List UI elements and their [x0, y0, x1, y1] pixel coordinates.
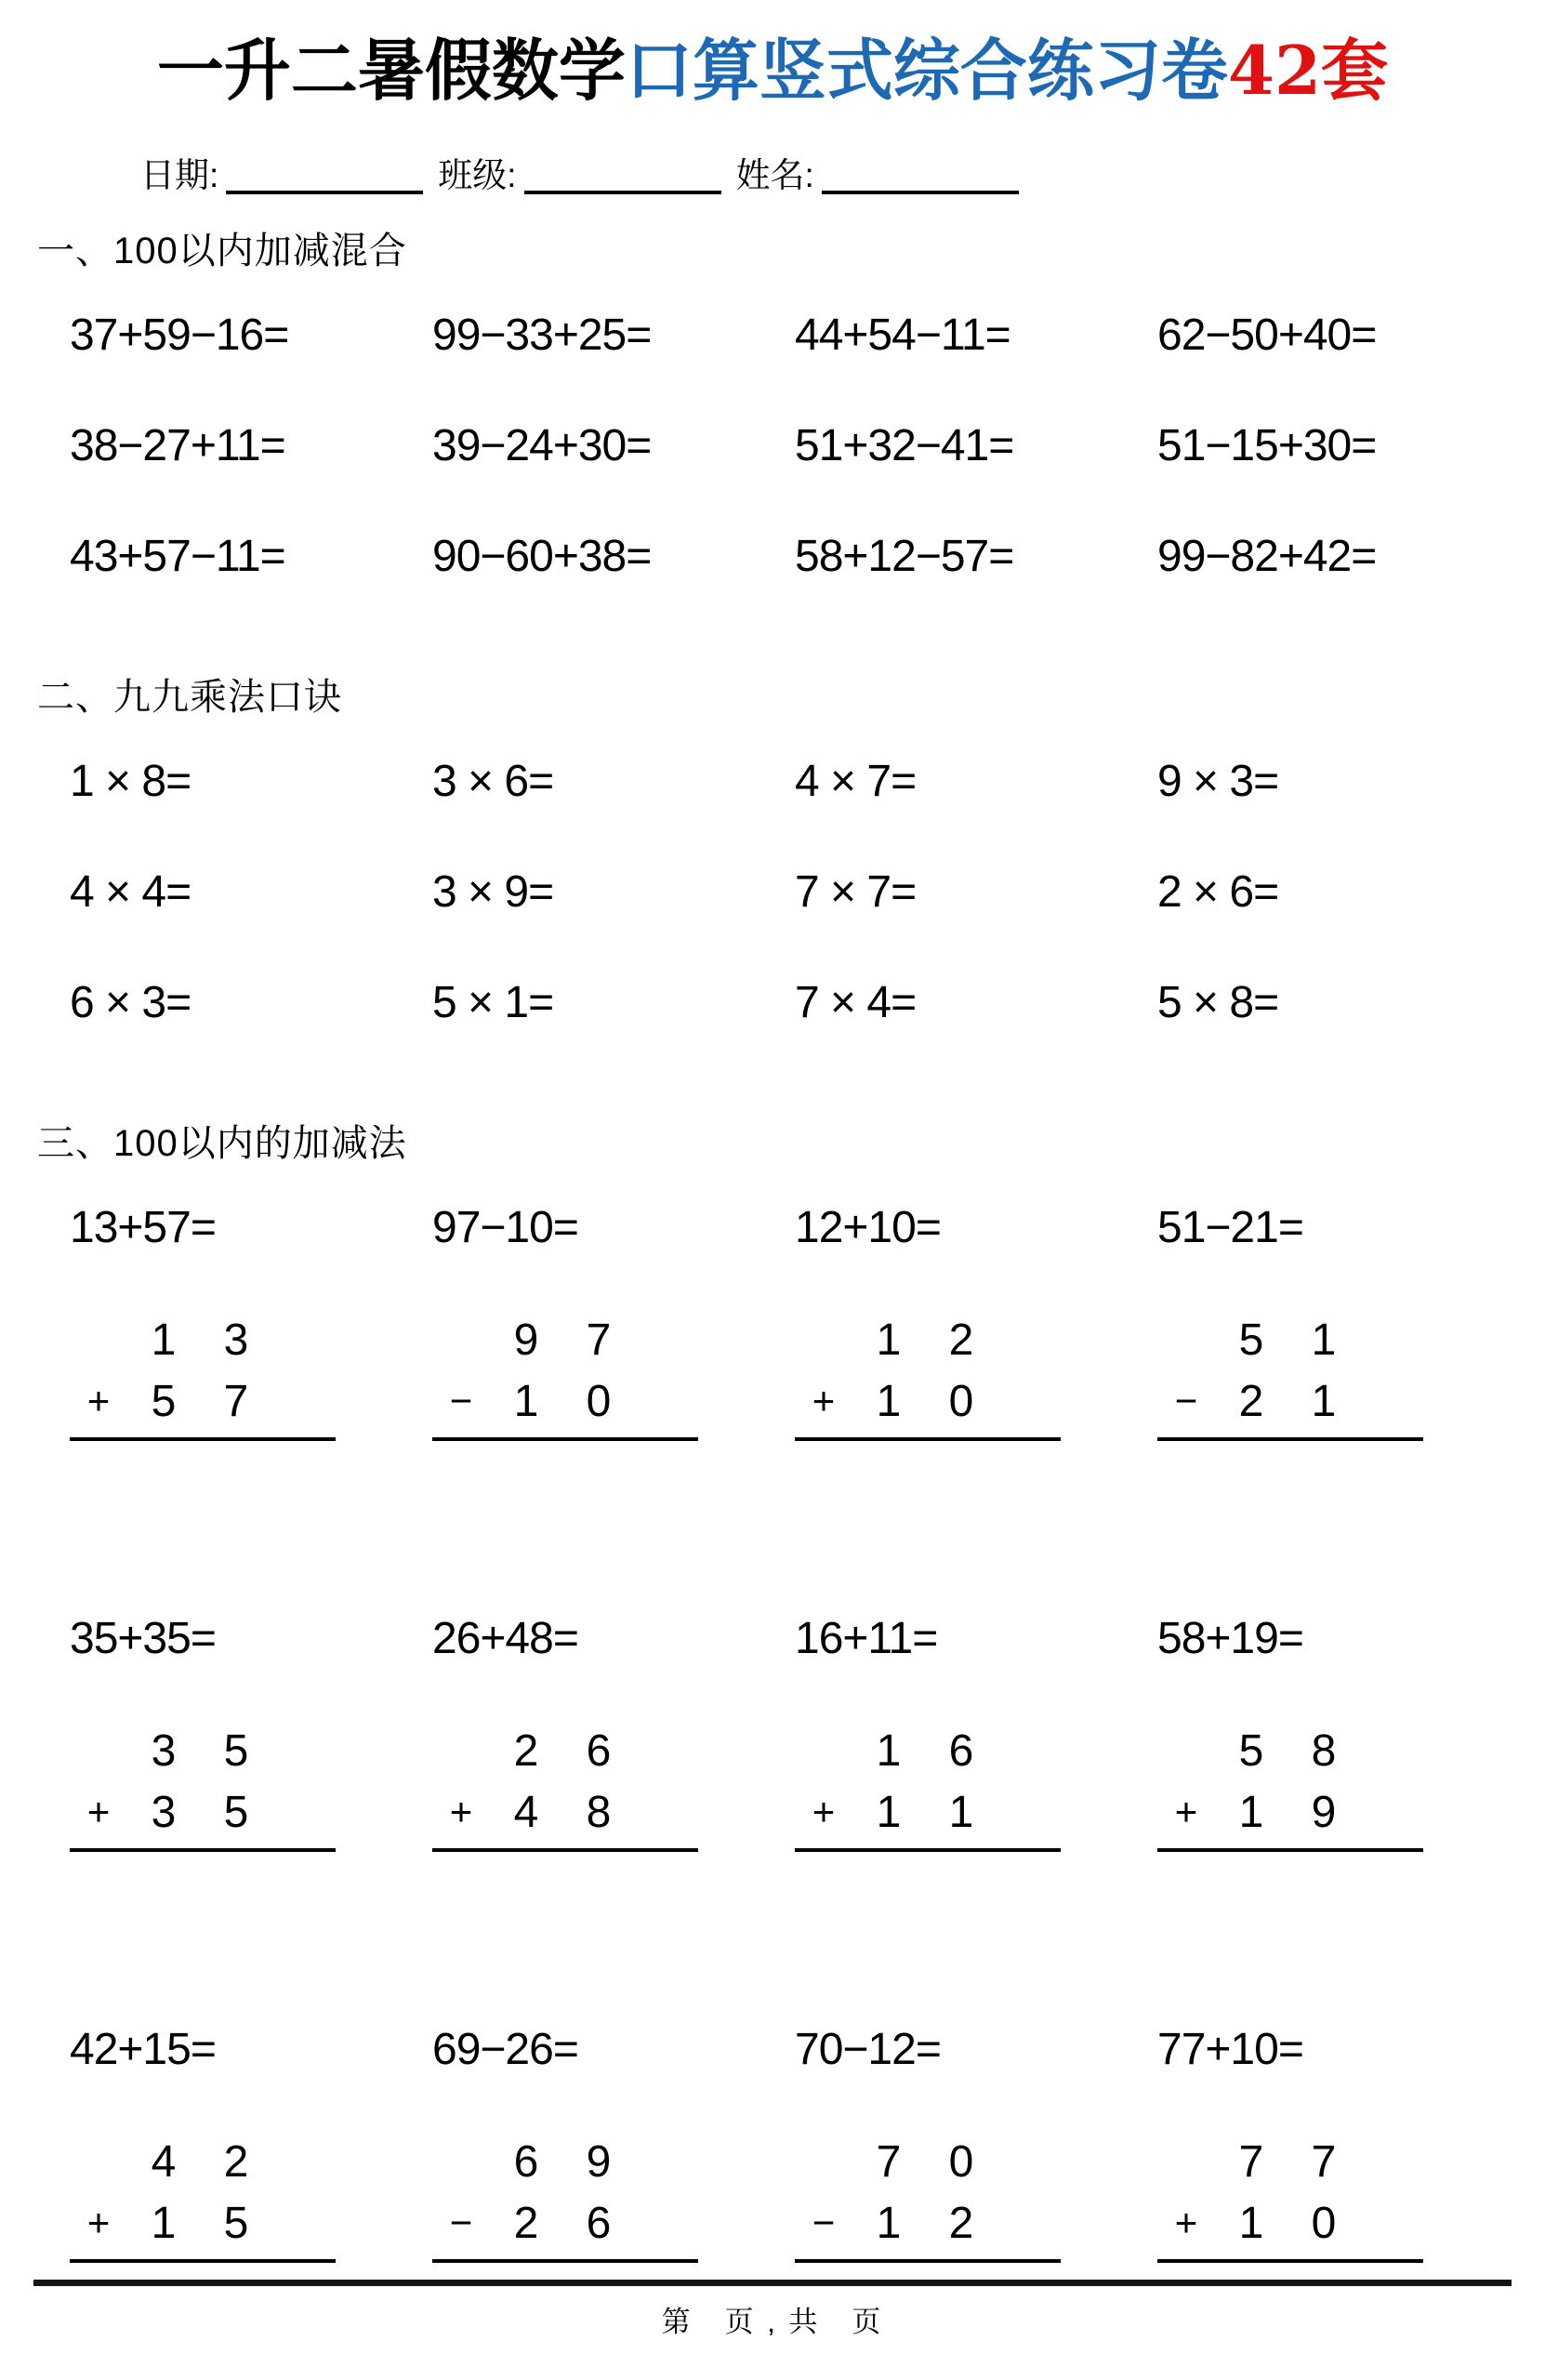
vertical-top-number: 51 — [1157, 1302, 1423, 1363]
vertical-problem: 77+10 — [1157, 2123, 1423, 2263]
operator-sign: − — [795, 2201, 852, 2245]
math-problem: 7 × 7= — [795, 866, 1157, 918]
vertical-top-number: 70 — [795, 2123, 1061, 2185]
vertical-bottom-number: −26 — [432, 2185, 698, 2246]
digit: 1 — [852, 2201, 925, 2246]
math-problem: 3 × 9= — [432, 866, 795, 918]
vertical-problem: 16+11 — [795, 1712, 1061, 1852]
problem-row: 1 × 8=3 × 6=4 × 7=9 × 3= — [0, 756, 1545, 807]
title-part-blue: 口算竖式综合练习卷 — [626, 31, 1228, 110]
digit: 2 — [490, 1729, 562, 1774]
digit: 0 — [1287, 2201, 1360, 2246]
vertical-top-number: 77 — [1157, 2123, 1423, 2185]
problem-row: 13+57=97−10=12+10=51−21= — [0, 1202, 1545, 1253]
vertical-problem: 42+15 — [70, 2123, 336, 2263]
math-problem: 4 × 4= — [70, 866, 432, 918]
math-problem: 69−26= — [432, 2024, 795, 2075]
math-problem: 13+57= — [70, 1202, 432, 1253]
answer-line — [795, 2259, 1061, 2263]
title-part-red: 42套 — [1228, 31, 1388, 110]
operator-sign: + — [70, 1790, 127, 1834]
math-problem: 51−15+30= — [1157, 420, 1520, 471]
digit: 8 — [562, 1791, 635, 1835]
math-problem: 99−82+42= — [1157, 531, 1520, 582]
digit: 9 — [562, 2140, 635, 2185]
vertical-bottom-number: +35 — [70, 1774, 336, 1835]
digit: 7 — [200, 1380, 272, 1424]
operator-sign: + — [70, 1379, 127, 1423]
vertical-bottom-number: −12 — [795, 2185, 1061, 2246]
footer-page-number: 第 页 , 共 页 — [0, 2298, 1545, 2340]
math-problem: 44+54−11= — [795, 310, 1157, 361]
answer-line — [70, 1848, 336, 1852]
vertical-top-number: 12 — [795, 1302, 1061, 1363]
digit: 6 — [562, 1729, 635, 1774]
digit: 1 — [852, 1729, 925, 1774]
math-problem: 70−12= — [795, 2024, 1157, 2075]
digit: 5 — [1215, 1729, 1287, 1774]
section-heading: 三、100以内的加减法 — [37, 1114, 1545, 1167]
vertical-top-number: 16 — [795, 1712, 1061, 1774]
math-problem: 9 × 3= — [1157, 756, 1520, 807]
digit: 1 — [1215, 1791, 1287, 1835]
digit: 3 — [200, 1318, 272, 1363]
digit: 2 — [1215, 1380, 1287, 1424]
digit: 0 — [562, 1380, 635, 1424]
digit: 2 — [200, 2140, 272, 2185]
math-problem: 62−50+40= — [1157, 310, 1520, 361]
vertical-problem: 97−10 — [432, 1302, 698, 1441]
digit: 8 — [1287, 1729, 1360, 1774]
math-problem: 2 × 6= — [1157, 866, 1520, 918]
section-heading: 二、九九乘法口诀 — [37, 668, 1545, 721]
digit: 5 — [1215, 1318, 1287, 1363]
class-blank-line — [524, 153, 721, 194]
math-problem: 5 × 1= — [432, 977, 795, 1028]
operator-sign: + — [795, 1790, 852, 1834]
math-problem: 38−27+11= — [70, 420, 432, 471]
operator-sign: + — [1157, 2201, 1215, 2245]
answer-line — [795, 1437, 1061, 1441]
worksheet-body: 一、100以内加减混合37+59−16=99−33+25=44+54−11=62… — [0, 221, 1545, 2263]
digit: 2 — [925, 2201, 997, 2246]
digit: 1 — [852, 1791, 925, 1835]
digit: 6 — [925, 1729, 997, 1774]
vertical-top-number: 58 — [1157, 1712, 1423, 1774]
operator-sign: − — [432, 1379, 490, 1423]
vertical-top-number: 42 — [70, 2123, 336, 2185]
math-problem: 5 × 8= — [1157, 977, 1520, 1028]
answer-line — [1157, 2259, 1423, 2263]
digit: 6 — [562, 2201, 635, 2246]
math-problem: 37+59−16= — [70, 310, 432, 361]
answer-line — [1157, 1848, 1423, 1852]
vertical-top-number: 97 — [432, 1302, 698, 1363]
operator-sign: + — [1157, 1790, 1215, 1834]
info-line: 日期:班级:姓名: — [135, 147, 1545, 197]
math-problem: 4 × 7= — [795, 756, 1157, 807]
answer-line — [432, 2259, 698, 2263]
class-label: 班级: — [438, 156, 516, 194]
problem-row: 42+15=69−26=70−12=77+10= — [0, 2024, 1545, 2075]
operator-sign: + — [432, 1790, 490, 1834]
problem-row: 37+59−16=99−33+25=44+54−11=62−50+40= — [0, 310, 1545, 361]
math-problem: 26+48= — [432, 1613, 795, 1664]
vertical-bottom-number: −21 — [1157, 1363, 1423, 1424]
math-problem: 7 × 4= — [795, 977, 1157, 1028]
digit: 5 — [127, 1380, 200, 1424]
digit: 1 — [1287, 1380, 1360, 1424]
problem-row: 43+57−11=90−60+38=58+12−57=99−82+42= — [0, 531, 1545, 582]
digit: 9 — [1287, 1791, 1360, 1835]
digit: 7 — [562, 1318, 635, 1363]
math-problem: 99−33+25= — [432, 310, 795, 361]
vertical-bottom-number: +10 — [795, 1363, 1061, 1424]
digit: 7 — [1215, 2140, 1287, 2185]
vertical-form-row: 42+1569−2670−1277+10 — [0, 2123, 1545, 2263]
math-problem: 43+57−11= — [70, 531, 432, 582]
vertical-problem: 51−21 — [1157, 1302, 1423, 1441]
vertical-bottom-number: +48 — [432, 1774, 698, 1835]
name-label: 姓名: — [736, 156, 814, 194]
answer-line — [1157, 1437, 1423, 1441]
digit: 0 — [925, 1380, 997, 1424]
vertical-bottom-number: +10 — [1157, 2185, 1423, 2246]
vertical-top-number: 26 — [432, 1712, 698, 1774]
math-problem: 1 × 8= — [70, 756, 432, 807]
digit: 1 — [1215, 2201, 1287, 2246]
name-blank-line — [822, 153, 1019, 194]
math-problem: 58+12−57= — [795, 531, 1157, 582]
vertical-problem: 70−12 — [795, 2123, 1061, 2263]
worksheet-page: 一升二暑假数学口算竖式综合练习卷42套 日期:班级:姓名: 一、100以内加减混… — [0, 0, 1545, 2380]
operator-sign: − — [432, 2201, 490, 2245]
digit: 2 — [490, 2201, 562, 2246]
digit: 1 — [127, 2201, 200, 2246]
digit: 0 — [925, 2140, 997, 2185]
operator-sign: + — [70, 2201, 127, 2245]
vertical-problem: 58+19 — [1157, 1712, 1423, 1852]
vertical-problem: 35+35 — [70, 1712, 336, 1852]
date-blank-line — [226, 153, 423, 194]
digit: 5 — [200, 2201, 272, 2246]
digit: 2 — [925, 1318, 997, 1363]
date-label: 日期: — [140, 156, 218, 194]
vertical-form-row: 35+3526+4816+1158+19 — [0, 1712, 1545, 1852]
math-problem: 16+11= — [795, 1613, 1157, 1664]
page-title: 一升二暑假数学口算竖式综合练习卷42套 — [0, 0, 1545, 106]
problem-row: 6 × 3=5 × 1=7 × 4=5 × 8= — [0, 977, 1545, 1028]
vertical-bottom-number: +15 — [70, 2185, 336, 2246]
problem-row: 4 × 4=3 × 9=7 × 7=2 × 6= — [0, 866, 1545, 918]
digit: 4 — [127, 2140, 200, 2185]
vertical-problem: 12+10 — [795, 1302, 1061, 1441]
digit: 5 — [200, 1791, 272, 1835]
math-problem: 3 × 6= — [432, 756, 795, 807]
footer-divider — [33, 2280, 1512, 2286]
digit: 3 — [127, 1729, 200, 1774]
vertical-problem: 69−26 — [432, 2123, 698, 2263]
title-part-black: 一升二暑假数学 — [157, 31, 626, 110]
digit: 4 — [490, 1791, 562, 1835]
digit: 1 — [925, 1791, 997, 1835]
digit: 1 — [127, 1318, 200, 1363]
digit: 6 — [490, 2140, 562, 2185]
vertical-top-number: 69 — [432, 2123, 698, 2185]
operator-sign: + — [795, 1379, 852, 1423]
answer-line — [432, 1437, 698, 1441]
digit: 7 — [1287, 2140, 1360, 2185]
math-problem: 39−24+30= — [432, 420, 795, 471]
digit: 1 — [1287, 1318, 1360, 1363]
answer-line — [70, 1437, 336, 1441]
digit: 1 — [490, 1380, 562, 1424]
math-problem: 51−21= — [1157, 1202, 1520, 1253]
answer-line — [432, 1848, 698, 1852]
math-problem: 51+32−41= — [795, 420, 1157, 471]
answer-line — [70, 2259, 336, 2263]
vertical-form-row: 13+5797−1012+1051−21 — [0, 1302, 1545, 1441]
digit: 7 — [852, 2140, 925, 2185]
math-problem: 97−10= — [432, 1202, 795, 1253]
math-problem: 12+10= — [795, 1202, 1157, 1253]
digit: 9 — [490, 1318, 562, 1363]
vertical-problem: 26+48 — [432, 1712, 698, 1852]
answer-line — [795, 1848, 1061, 1852]
vertical-bottom-number: +11 — [795, 1774, 1061, 1835]
digit: 3 — [127, 1791, 200, 1835]
section-heading: 一、100以内加减混合 — [37, 221, 1545, 274]
math-problem: 90−60+38= — [432, 531, 795, 582]
vertical-bottom-number: −10 — [432, 1363, 698, 1424]
math-problem: 77+10= — [1157, 2024, 1520, 2075]
math-problem: 6 × 3= — [70, 977, 432, 1028]
math-problem: 35+35= — [70, 1613, 432, 1664]
digit: 1 — [852, 1380, 925, 1424]
math-problem: 58+19= — [1157, 1613, 1520, 1664]
vertical-top-number: 13 — [70, 1302, 336, 1363]
digit: 1 — [852, 1318, 925, 1363]
problem-row: 35+35=26+48=16+11=58+19= — [0, 1613, 1545, 1664]
vertical-top-number: 35 — [70, 1712, 336, 1774]
problem-row: 38−27+11=39−24+30=51+32−41=51−15+30= — [0, 420, 1545, 471]
vertical-bottom-number: +57 — [70, 1363, 336, 1424]
digit: 5 — [200, 1729, 272, 1774]
operator-sign: − — [1157, 1379, 1215, 1423]
vertical-bottom-number: +19 — [1157, 1774, 1423, 1835]
math-problem: 42+15= — [70, 2024, 432, 2075]
vertical-problem: 13+57 — [70, 1302, 336, 1441]
